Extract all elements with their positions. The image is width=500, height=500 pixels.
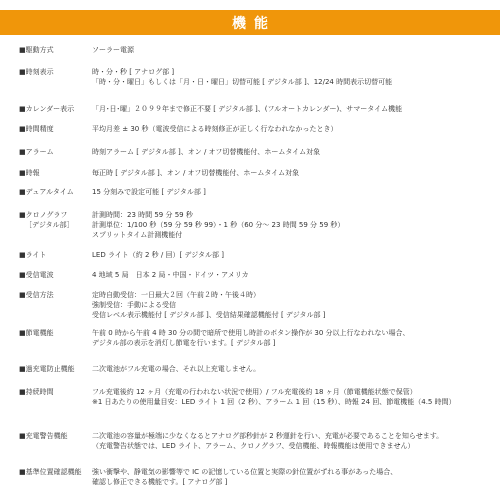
spec-line: LED ライト（約 2 秒 / 回）[ デジタル部 ] bbox=[92, 250, 497, 260]
spec-value: 定時自動受信：一日最大２回（午前２時・午後４時） 強制受信：手動による受信 受信… bbox=[92, 290, 497, 320]
spec-line: （充電警告状態では、LED ライト、アラーム、クロノグラフ、受信機能、時報機能は… bbox=[92, 441, 497, 451]
spec-line: 時刻アラーム [ デジタル部 ]、オン / オフ切替機能付、ホームタイム対象 bbox=[92, 147, 497, 157]
spec-label: ■時報 bbox=[19, 168, 91, 178]
spec-label: ■ライト bbox=[19, 250, 91, 260]
spec-label: ■デュアルタイム bbox=[19, 187, 91, 197]
spec-label: ■基準位置確認機能 bbox=[19, 467, 91, 477]
spec-value: 二次電池の容量が極端に少なくなるとアナログ部秒針が 2 秒運針を行い、充電が必要… bbox=[92, 431, 497, 451]
spec-line: ※1 日あたりの使用量目安：LED ライト 1 回（2 秒）、アラーム 1 回（… bbox=[92, 397, 497, 407]
spec-line: フル充電後約 12 ヶ月（充電の行われない状況で使用）/ フル充電後約 18 ヶ… bbox=[92, 387, 497, 397]
section-title: 機能 bbox=[224, 13, 276, 33]
spec-value: 時刻アラーム [ デジタル部 ]、オン / オフ切替機能付、ホームタイム対象 bbox=[92, 147, 497, 157]
spec-label: ■クロノグラフ ［デジタル部］ bbox=[19, 210, 91, 230]
spec-value: LED ライト（約 2 秒 / 回）[ デジタル部 ] bbox=[92, 250, 497, 260]
spec-label: ■カレンダー表示 bbox=[19, 104, 91, 114]
spec-label: ■持続時間 bbox=[19, 387, 91, 397]
spec-label: ■駆動方式 bbox=[19, 45, 91, 55]
spec-value: 計測時間：23 時間 59 分 59 秒 計測単位：1/100 秒（59 分 5… bbox=[92, 210, 497, 240]
spec-line: 二次電池がフル充電の場合、それ以上充電しません。 bbox=[92, 364, 497, 374]
spec-line: 計測時間：23 時間 59 分 59 秒 bbox=[92, 210, 497, 220]
spec-line: 15 分刻みで設定可能 [ デジタル部 ] bbox=[92, 187, 497, 197]
spec-label: ■時刻表示 bbox=[19, 67, 91, 77]
spec-label: ■過充電防止機能 bbox=[19, 364, 91, 374]
spec-label: ■充電警告機能 bbox=[19, 431, 91, 441]
spec-line: 確認し修正できる機能です。[ アナログ部 ] bbox=[92, 477, 497, 487]
spec-line: ソーラー電源 bbox=[92, 45, 497, 55]
spec-sublabel: ［デジタル部］ bbox=[19, 220, 91, 230]
spec-line: 「時・分・曜日」もしくは「月・日・曜日」切替可能 [ デジタル部 ]、12/24… bbox=[92, 77, 497, 87]
spec-line: 計測単位：1/100 秒（59 分 59 秒 99）・1 秒（60 分～ 23 … bbox=[92, 220, 497, 230]
spec-line: 時・分・秒 [ アナログ部 ] bbox=[92, 67, 497, 77]
spec-line: 強い衝撃や、静電気の影響等で IC の記憶している位置と実際の針位置がずれる事が… bbox=[92, 467, 497, 477]
spec-line: 毎正時 [ デジタル部 ]、オン / オフ切替機能付、ホームタイム対象 bbox=[92, 168, 497, 178]
spec-value: ソーラー電源 bbox=[92, 45, 497, 55]
spec-value: 平均月差 ± 30 秒（電波受信による時刻修正が正しく行なわれなかったとき） bbox=[92, 124, 497, 134]
spec-label: ■受信方法 bbox=[19, 290, 91, 300]
spec-value: 強い衝撃や、静電気の影響等で IC の記憶している位置と実際の針位置がずれる事が… bbox=[92, 467, 497, 487]
spec-label: ■節電機能 bbox=[19, 328, 91, 338]
spec-line: 4 地域 5 局 日本 2 局・中国・ドイツ・アメリカ bbox=[92, 270, 497, 280]
spec-value: 時・分・秒 [ アナログ部 ] 「時・分・曜日」もしくは「月・日・曜日」切替可能… bbox=[92, 67, 497, 87]
spec-line: 強制受信：手動による受信 bbox=[92, 300, 497, 310]
spec-line: スプリットタイム計測機能付 bbox=[92, 230, 497, 240]
spec-label: ■アラーム bbox=[19, 147, 91, 157]
spec-value: 15 分刻みで設定可能 [ デジタル部 ] bbox=[92, 187, 497, 197]
spec-line: 定時自動受信：一日最大２回（午前２時・午後４時） bbox=[92, 290, 497, 300]
spec-value: 二次電池がフル充電の場合、それ以上充電しません。 bbox=[92, 364, 497, 374]
section-header: 機能 bbox=[0, 10, 500, 35]
spec-line: 平均月差 ± 30 秒（電波受信による時刻修正が正しく行なわれなかったとき） bbox=[92, 124, 497, 134]
spec-line: 午前 0 時から午前 4 時 30 分の間で暗所で使用し時計のボタン操作が 30… bbox=[92, 328, 497, 338]
spec-label-main: ■クロノグラフ bbox=[19, 211, 67, 219]
spec-value: 午前 0 時から午前 4 時 30 分の間で暗所で使用し時計のボタン操作が 30… bbox=[92, 328, 497, 348]
spec-line: 二次電池の容量が極端に少なくなるとアナログ部秒針が 2 秒運針を行い、充電が必要… bbox=[92, 431, 497, 441]
spec-line: 受信レベル表示機能付 [ デジタル部 ]、受信結果確認機能付 [ デジタル部 ] bbox=[92, 310, 497, 320]
spec-label: ■受信電波 bbox=[19, 270, 91, 280]
spec-value: 「月･日･曜」２０９９年まで修正不要 [ デジタル部 ]、(フルオートカレンダー… bbox=[92, 104, 497, 114]
spec-line: 「月･日･曜」２０９９年まで修正不要 [ デジタル部 ]、(フルオートカレンダー… bbox=[92, 104, 497, 114]
spec-line: デジタル部の表示を消灯し節電を行います。[ デジタル部 ] bbox=[92, 338, 497, 348]
spec-value: フル充電後約 12 ヶ月（充電の行われない状況で使用）/ フル充電後約 18 ヶ… bbox=[92, 387, 497, 407]
spec-label: ■時間精度 bbox=[19, 124, 91, 134]
spec-value: 4 地域 5 局 日本 2 局・中国・ドイツ・アメリカ bbox=[92, 270, 497, 280]
spec-value: 毎正時 [ デジタル部 ]、オン / オフ切替機能付、ホームタイム対象 bbox=[92, 168, 497, 178]
